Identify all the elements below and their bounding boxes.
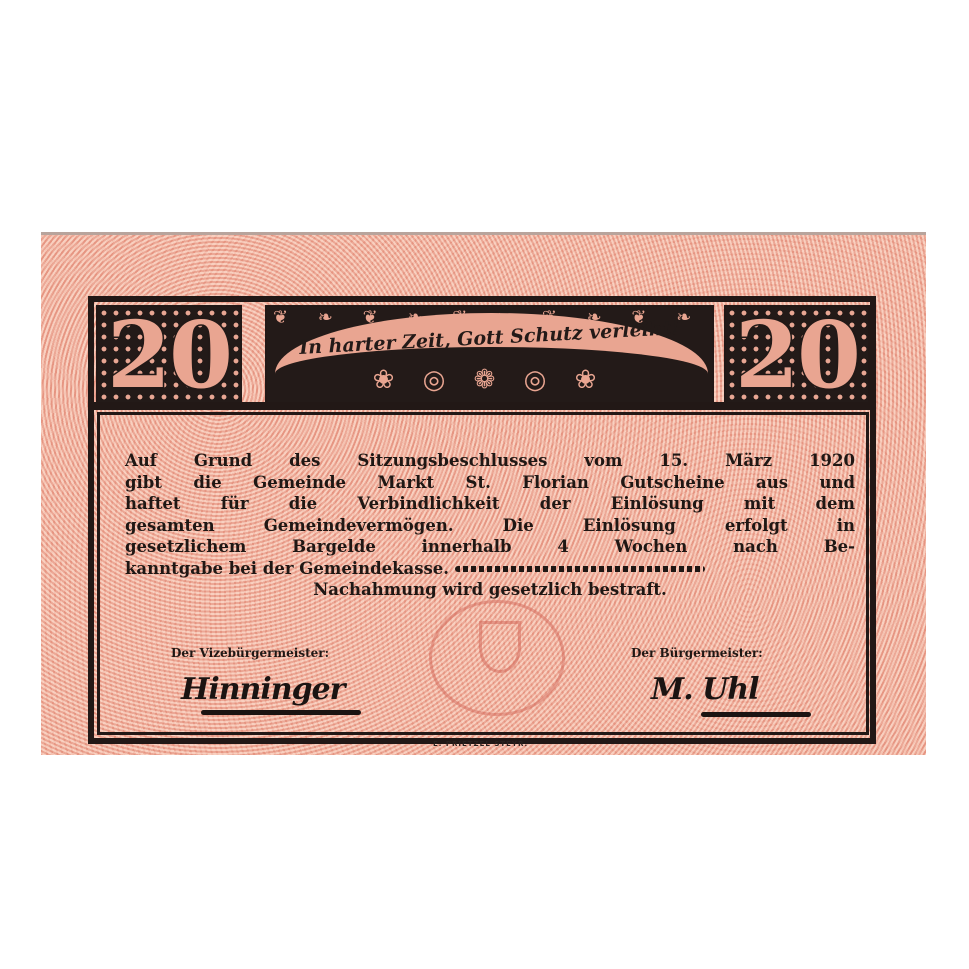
signature-underline xyxy=(701,712,811,717)
text-line: Auf Grund des Sitzungsbeschlusses vom 15… xyxy=(125,450,855,472)
wavy-line-flourish-icon xyxy=(455,566,705,572)
text-line-with-flourish: kanntgabe bei der Gemeindekasse. xyxy=(125,558,855,580)
mayor-signature: M. Uhl xyxy=(651,672,758,712)
municipal-seal-icon xyxy=(429,600,565,716)
counterfeit-warning: Nachahmung wird gesetzlich bestraft. xyxy=(125,579,855,601)
printer-imprint: E. PRIETZEL STEYR. xyxy=(433,740,528,748)
note-text: Auf Grund des Sitzungsbeschlusses vom 15… xyxy=(125,450,855,601)
vice-mayor-signature: Hinninger xyxy=(181,672,344,712)
motto-banner: ❦ ❧ ❦ ❧ ❦ ❧ ❦ ❧ ❦ ❧ In harter Zeit, Gott… xyxy=(265,305,714,404)
denomination-right: 20 xyxy=(735,309,859,401)
text-line: kanntgabe bei der Gemeindekasse. xyxy=(125,559,449,578)
coat-of-arms-icon xyxy=(479,621,521,673)
text-line: gibt die Gemeinde Markt St. Florian Guts… xyxy=(125,472,855,494)
ornament-swirl-icon: ❀ ◎ ❁ ◎ ❀ xyxy=(267,365,712,395)
vice-mayor-label: Der Vizebürgermeister: xyxy=(171,646,329,660)
banknote: 20 ❦ ❧ ❦ ❧ ❦ ❧ ❦ ❧ ❦ ❧ In harter Zeit, G… xyxy=(41,232,926,755)
denomination-box-left: 20 xyxy=(96,305,242,404)
text-line: haftet für die Verbindlichkeit der Einlö… xyxy=(125,493,855,515)
text-line: gesamten Gemeindevermögen. Die Einlösung… xyxy=(125,515,855,537)
signature-underline xyxy=(201,710,361,715)
mayor-label: Der Bürgermeister: xyxy=(631,646,763,660)
denomination-box-right: 20 xyxy=(724,305,870,404)
text-line: gesetzlichem Bargelde innerhalb 4 Wochen… xyxy=(125,536,855,558)
denomination-left: 20 xyxy=(107,309,231,401)
